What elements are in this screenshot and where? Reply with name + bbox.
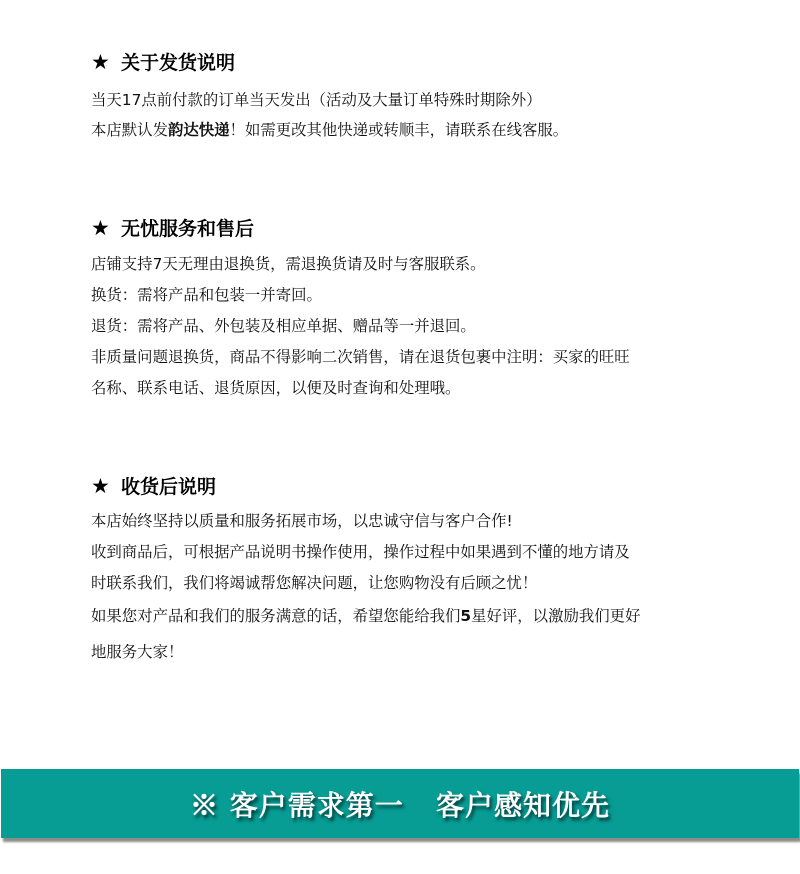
heading-title: 收货后说明: [121, 476, 216, 498]
banner-text: ※ 客户需求第一 客户感知优先: [190, 784, 610, 824]
rating-stars: 5: [460, 607, 471, 625]
section-body: 本店始终坚持以质量和服务拓展市场，以忠诚守信与客户合作! 收到商品后，可根据产品…: [91, 506, 781, 671]
heading-title: 无忧服务和售后: [121, 218, 254, 240]
section-body: 当天17点前付款的订单当天发出（活动及大量订单特殊时期除外） 本店默认发韵达快递…: [91, 85, 781, 145]
text-line: 退货：需将产品、外包装及相应单据、赠品等一并退回。: [91, 311, 781, 342]
section-heading: ★关于发货说明: [91, 47, 781, 77]
text-segment: 如果您对产品和我们的服务满意的话，希望您能给我们: [91, 607, 460, 625]
section-body: 店铺支持7天无理由退换货，需退换货请及时与客服联系。 换货：需将产品和包装一并寄…: [91, 249, 781, 404]
section-heading: ★无忧服务和售后: [91, 213, 781, 243]
text-line: 本店默认发韵达快递！如需更改其他快递或转顺丰，请联系在线客服。: [91, 115, 781, 145]
star-icon: ★: [91, 471, 121, 501]
text-line: 当天17点前付款的订单当天发出（活动及大量订单特殊时期除外）: [91, 85, 781, 115]
courier-name: 韵达快递: [168, 121, 230, 139]
star-icon: ★: [91, 47, 121, 77]
text-segment: ！如需更改其他快递或转顺丰，请联系在线客服。: [230, 121, 569, 139]
text-line: 换货：需将产品和包装一并寄回。: [91, 280, 781, 311]
section-after-sales: ★无忧服务和售后 店铺支持7天无理由退换货，需退换货请及时与客服联系。 换货：需…: [91, 213, 781, 404]
text-line: 如果您对产品和我们的服务满意的话，希望您能给我们5星好评，以激励我们更好: [91, 599, 781, 634]
text-segment: 本店默认发: [91, 121, 168, 139]
text-segment: 星好评，以激励我们更好: [471, 607, 640, 625]
text-line: 名称、联系电话、退货原因，以便及时查询和处理哦。: [91, 373, 781, 404]
heading-title: 关于发货说明: [121, 52, 235, 74]
section-after-receipt: ★收货后说明 本店始终坚持以质量和服务拓展市场，以忠诚守信与客户合作! 收到商品…: [91, 471, 781, 671]
section-shipping-info: ★关于发货说明 当天17点前付款的订单当天发出（活动及大量订单特殊时期除外） 本…: [91, 47, 781, 145]
text-line: 收到商品后，可根据产品说明书操作使用，操作过程中如果遇到不懂的地方请及: [91, 537, 781, 568]
text-line: 店铺支持7天无理由退换货，需退换货请及时与客服联系。: [91, 249, 781, 280]
text-line: 时联系我们，我们将竭诚帮您解决问题，让您购物没有后顾之忧！: [91, 568, 781, 599]
star-icon: ★: [91, 213, 121, 243]
text-line: 本店始终坚持以质量和服务拓展市场，以忠诚守信与客户合作!: [91, 506, 781, 537]
text-line: 非质量问题退换货，商品不得影响二次销售，请在退货包裹中注明：买家的旺旺: [91, 342, 781, 373]
section-heading: ★收货后说明: [91, 471, 781, 501]
text-line: 地服务大家！: [91, 634, 781, 671]
slogan-banner: ※ 客户需求第一 客户感知优先: [1, 769, 799, 838]
